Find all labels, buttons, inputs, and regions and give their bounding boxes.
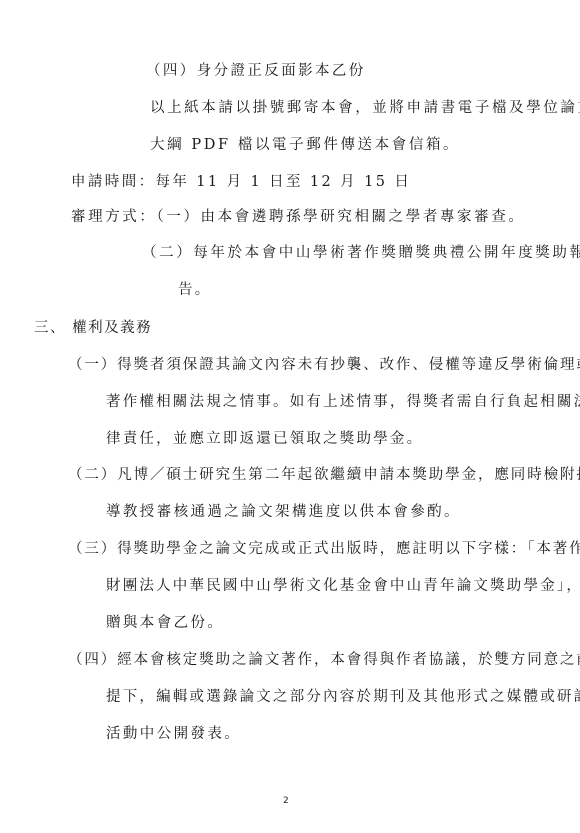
review-method-item-1: 審理方式：（一）由本會遴聘孫學研究相關之學者專家審查。 (71, 208, 525, 226)
review-method-item-2-line-1: （二）每年於本會中山學術著作獎贈獎典禮公開年度獎助報 (142, 244, 580, 262)
rights-item-1-line-1: （一）得獎者須保證其論文內容未有抄襲、改作、侵權等違反學術倫理或 (68, 356, 580, 374)
rights-item-3-line-3: 贈與本會乙份。 (106, 614, 224, 632)
rights-item-2-line-1: （二）凡博／碩士研究生第二年起欲繼續申請本獎助學金，應同時檢附指 (68, 466, 580, 484)
rights-item-1-line-2: 著作權相關法規之情事。如有上述情事，得獎者需自行負起相關法 (106, 393, 580, 411)
rights-item-2-line-2: 導教授審核通過之論文架構進度以供本會參酌。 (106, 503, 461, 521)
rights-item-1-line-3: 律責任，並應立即返還已領取之獎助學金。 (106, 430, 423, 448)
rights-item-4-line-2: 提下，編輯或選錄論文之部分內容於期刊及其他形式之媒體或研討 (106, 688, 580, 706)
mailing-instruction-line-2: 大綱 PDF 檔以電子郵件傳送本會信箱。 (150, 136, 460, 154)
review-method-item-2-line-2: 告。 (178, 281, 211, 299)
list-item-id-copy: （四）身分證正反面影本乙份 (146, 62, 366, 80)
section-heading-rights-obligations: 三、 權利及義務 (34, 319, 152, 337)
mailing-instruction-line-1: 以上紙本請以掛號郵寄本會，並將申請書電子檔及學位論文 (150, 99, 580, 117)
rights-item-4-line-3: 活動中公開發表。 (106, 725, 241, 743)
rights-item-3-line-2: 財團法人中華民國中山學術文化基金會中山青年論文獎助學金」，並 (106, 577, 580, 595)
application-period: 申請時間：每年 11 月 1 日至 12 月 15 日 (71, 173, 411, 191)
rights-item-4-line-1: （四）經本會核定獎助之論文著作，本會得與作者協議，於雙方同意之前 (68, 651, 580, 669)
rights-item-3-line-1: （三）得獎助學金之論文完成或正式出版時，應註明以下字樣：「本著作獲 (68, 540, 580, 558)
page-number: 2 (283, 796, 289, 806)
